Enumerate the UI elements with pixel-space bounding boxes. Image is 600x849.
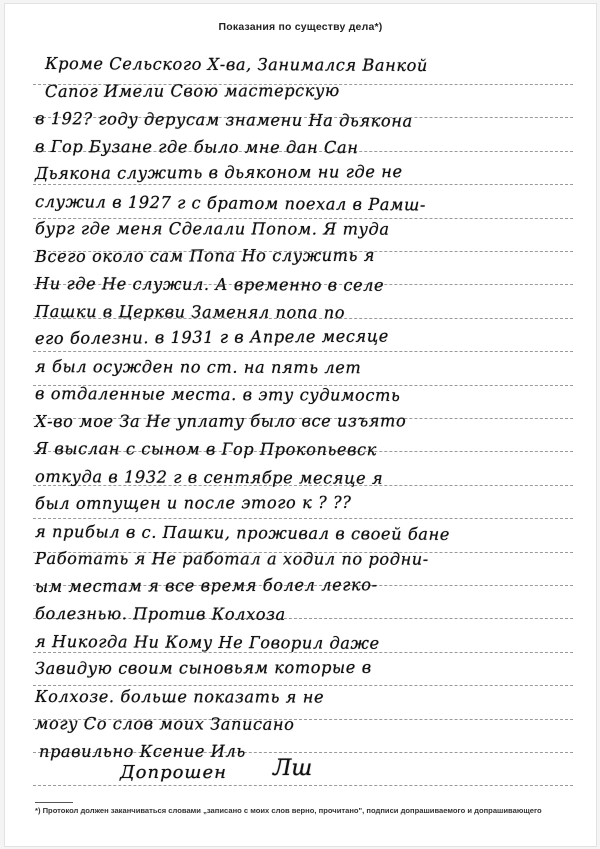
handwritten-line: я был осужден по ст. на пять лет [35,357,572,378]
ruled-line [33,184,573,185]
handwritten-line: Дьякона служить в дьяконом ни где не [35,161,572,183]
handwritten-line: служил в 1927 г с братом поехал в Рамш- [35,192,572,216]
handwritten-line: в 192? году дерусам знамени На дьякона [35,109,572,132]
handwritten-line: я прибыл в с. Пашки, проживал в своей ба… [35,522,572,545]
handwritten-line: был отпущен и после этого к ? ?? [35,492,572,513]
handwritten-line: Завидую своим сыновьям которые в [35,658,572,679]
ruled-line [33,351,573,352]
ruled-line [33,785,573,786]
handwritten-line: Всего около сам Попа Но служить я [35,245,572,266]
handwritten-line: могу Со слов моих Записано [35,714,572,735]
handwritten-line: ым местам я все время болел легко- [35,574,572,596]
document-page: Показания по существу дела*) Кроме Сельс… [4,3,597,847]
handwritten-line: болезнью. Против Колхоза [35,604,572,625]
footnote: *) Протокол должен заканчиваться словами… [35,806,580,816]
handwritten-line: Ни где Не служил. А временно в селе [35,274,572,296]
footnote-divider [35,802,73,803]
handwritten-line: Сапог Имели Свою мастерскую [45,80,582,101]
handwritten-line: бург где меня Сделали Попом. Я туда [35,219,572,239]
handwritten-line: Кроме Сельского Х-ва, Занимался Ванкой [45,54,582,76]
handwritten-line: Х-во мое За Не уплату было все изъято [35,411,572,431]
signature: Лш [273,756,312,781]
handwritten-line: Пашки в Церкви Заменял попа по [35,302,572,323]
signature-label: Допрошен [120,762,227,783]
handwritten-line: в отдаленные места. в эту судимость [35,384,572,406]
handwritten-line: я Никогда Ни Кому Не Говорил даже [35,632,572,654]
handwritten-line: Я выслан с сыном в Гор Прокопьевск [35,439,572,460]
handwritten-line: откуда в 1932 г в сентябре месяце я [35,467,572,489]
handwritten-line: его болезни. в 1931 г в Апреле месяце [35,325,572,348]
handwritten-line: Колхозе. больше показать я не [35,687,572,707]
ruled-line [33,685,573,686]
handwritten-line: Работать я Не работал а ходил по родни- [35,549,572,569]
page-heading: Показания по существу дела*) [5,21,596,33]
ruled-line [33,518,573,519]
handwritten-line: в Гор Бузане где было мне дан Сан [35,137,572,158]
